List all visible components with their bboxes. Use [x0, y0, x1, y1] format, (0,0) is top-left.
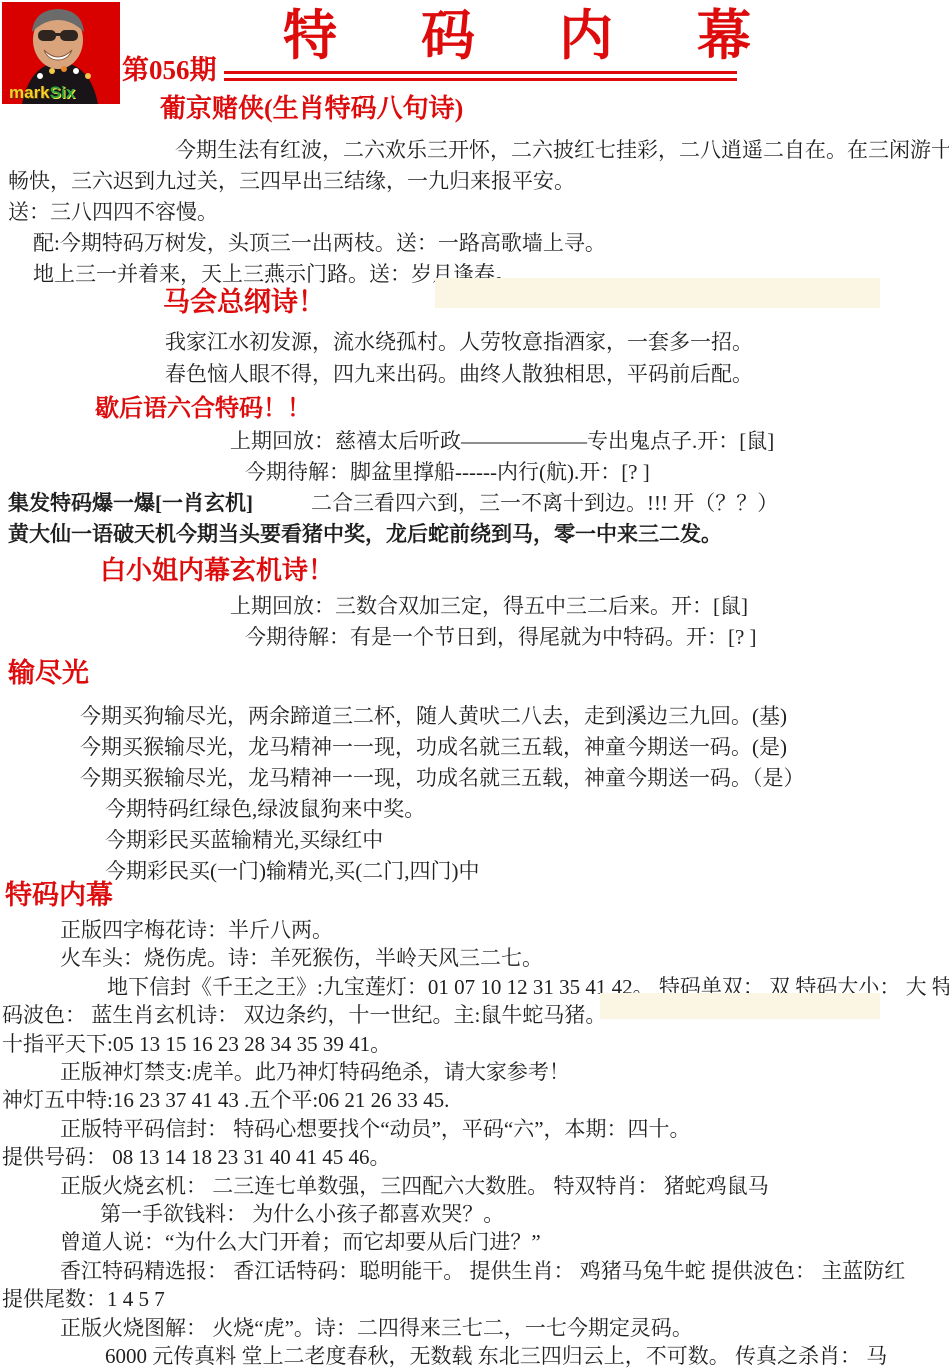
- tip-line: 6000 元传真料 堂上二老度春秋，无数载 东北三四归云上，不可数。 传真之杀肖…: [0, 1342, 949, 1369]
- poem-line: 配:今期特码万树发，头顶三一出两枝。送：一路高歌墙上寻。: [0, 228, 949, 259]
- poem-line: 今期待解：脚盆里撑船------内行(航).开：[? ]: [0, 457, 949, 488]
- poem-line: 今期买猴输尽光，龙马精神一一现，功成名就三五载，神童今期送一码。（是）: [0, 763, 949, 794]
- tip-line: 十指平天下:05 13 15 16 23 28 34 35 39 41。: [0, 1030, 949, 1058]
- wordmark-six: Six: [50, 83, 76, 102]
- title-underline: [224, 71, 737, 81]
- poem-line: 今期特码红绿色,绿波鼠狗来中奖。: [0, 794, 949, 825]
- page-title: 特码内幕: [283, 0, 835, 72]
- poem-line: 上期回放：慈禧太后听政——————专出鬼点子.开：[鼠]: [0, 426, 949, 457]
- section-heading-baixiaojie: 白小姐内幕玄机诗！: [100, 554, 949, 588]
- poem-line: 今期待解：有是一个节日到，得尾就为中特码。开：[? ]: [0, 622, 949, 653]
- huangdaxian-line: 黄大仙一语破天机今期当头要看猪中奖，龙后蛇前绕到马，零一中来三二发。: [0, 519, 949, 550]
- marksix-wordmark: markSix: [9, 84, 75, 101]
- marksix-logo: markSix: [2, 2, 120, 104]
- scan-highlight: [600, 993, 880, 1019]
- poem-line: 今期买狗输尽光，两余蹄道三二杯，随人黄吠二八去，走到溪边三九回。(基): [0, 701, 949, 732]
- section-baixiaojie: 上期回放：三数合双加三定，得五中三二后来。开：[鼠] 今期待解：有是一个节日到，…: [0, 591, 949, 653]
- tip-line: 提供尾数：1 4 5 7: [0, 1285, 949, 1313]
- tip-line: 正版四字梅花诗：半斤八两。: [0, 916, 949, 944]
- poem-line: 今期彩民买蓝输精光,买绿红中: [0, 825, 949, 856]
- masthead: markSix 第056期 特码内幕: [0, 0, 949, 88]
- tip-line: 第一手欲钱料： 为什么小孩子都喜欢哭？。: [0, 1200, 949, 1228]
- section-heading-xiehouyu: 歇后语六合特码！！: [95, 393, 949, 425]
- jifa-line: 集发特码爆一爆[一肖玄机]二合三看四六到，三一不离十到边。!!! 开（？？）: [0, 488, 949, 519]
- section-temaneimu: 正版四字梅花诗：半斤八两。 火车头：烧伤虎。诗：羊死猴伤，半岭天风三二七。 地下…: [0, 916, 949, 1369]
- jifa-label: 集发特码爆一爆[一肖玄机]: [8, 491, 253, 515]
- tip-line: 正版火烧图解： 火烧“虎”。诗：二四得来三七二，一七今期定灵码。: [0, 1314, 949, 1342]
- tip-line: 正版神灯禁支:虎羊。此乃神灯特码绝杀，请大家参考！: [0, 1058, 949, 1086]
- jifa-text: 二合三看四六到，三一不离十到边。!!! 开（？？）: [311, 491, 778, 515]
- section-xiehouyu: 上期回放：慈禧太后听政——————专出鬼点子.开：[鼠] 今期待解：脚盆里撑船-…: [0, 426, 949, 550]
- tip-line: 火车头：烧伤虎。诗：羊死猴伤，半岭天风三二七。: [0, 944, 949, 972]
- tip-line: 曾道人说：“为什么大门开着；而它却要从后门进？”: [0, 1228, 949, 1256]
- section-heading-shujinguang: 输尽光: [8, 656, 949, 690]
- section-pujing: 今期生法有红波，二六欢乐三开怀，二六披红七挂彩，二八逍遥二自在。在三闲游十 畅快…: [0, 135, 949, 290]
- poem-line: 畅快，三六迟到九过关，三四早出三结缘，一九归来报平安。: [0, 166, 949, 197]
- issue-number: 第056期: [122, 48, 217, 87]
- poem-line: 我家江水初发源，流水绕孤村。人劳牧意指酒家，一套多一招。: [0, 326, 949, 358]
- section-mahui: 我家江水初发源，流水绕孤村。人劳牧意指酒家，一套多一招。 春色恼人眼不得，四九来…: [0, 326, 949, 390]
- poem-line: 上期回放：三数合双加三定，得五中三二后来。开：[鼠]: [0, 591, 949, 622]
- scan-highlight: [435, 278, 880, 308]
- poem-line: 今期买猴输尽光，龙马精神一一现，功成名就三五载，神童今期送一码。(是): [0, 732, 949, 763]
- wordmark-mark: mark: [9, 83, 50, 102]
- tip-line: 神灯五中特:16 23 37 41 43 .五个平:06 21 26 33 45…: [0, 1086, 949, 1114]
- poem-line: 今期生法有红波，二六欢乐三开怀，二六披红七挂彩，二八逍遥二自在。在三闲游十: [0, 135, 949, 166]
- poem-line: 春色恼人眼不得，四九来出码。曲终人散独相思，平码前后配。: [0, 358, 949, 390]
- tip-line: 提供号码： 08 13 14 18 23 31 40 41 45 46。: [0, 1143, 949, 1171]
- section-shujinguang: 今期买狗输尽光，两余蹄道三二杯，随人黄吠二八去，走到溪边三九回。(基) 今期买猴…: [0, 701, 949, 887]
- tip-line: 正版特平码信封： 特码心想要找个“动员”，平码“六”，本期：四十。: [0, 1115, 949, 1143]
- tip-line: 正版火烧玄机： 二三连七单数强，三四配六大数胜。 特双特肖： 猪蛇鸡鼠马: [0, 1172, 949, 1200]
- section-heading-pujing: 葡京赌侠(生肖特码八句诗): [160, 92, 949, 126]
- tip-sheet-page: markSix 第056期 特码内幕 葡京赌侠(生肖特码八句诗) 今期生法有红波…: [0, 0, 949, 1369]
- poem-line: 送：三八四四不容慢。: [0, 197, 949, 228]
- tip-line: 香江特码精选报： 香江话特码：聪明能干。 提供生肖： 鸡猪马兔牛蛇 提供波色： …: [0, 1257, 949, 1285]
